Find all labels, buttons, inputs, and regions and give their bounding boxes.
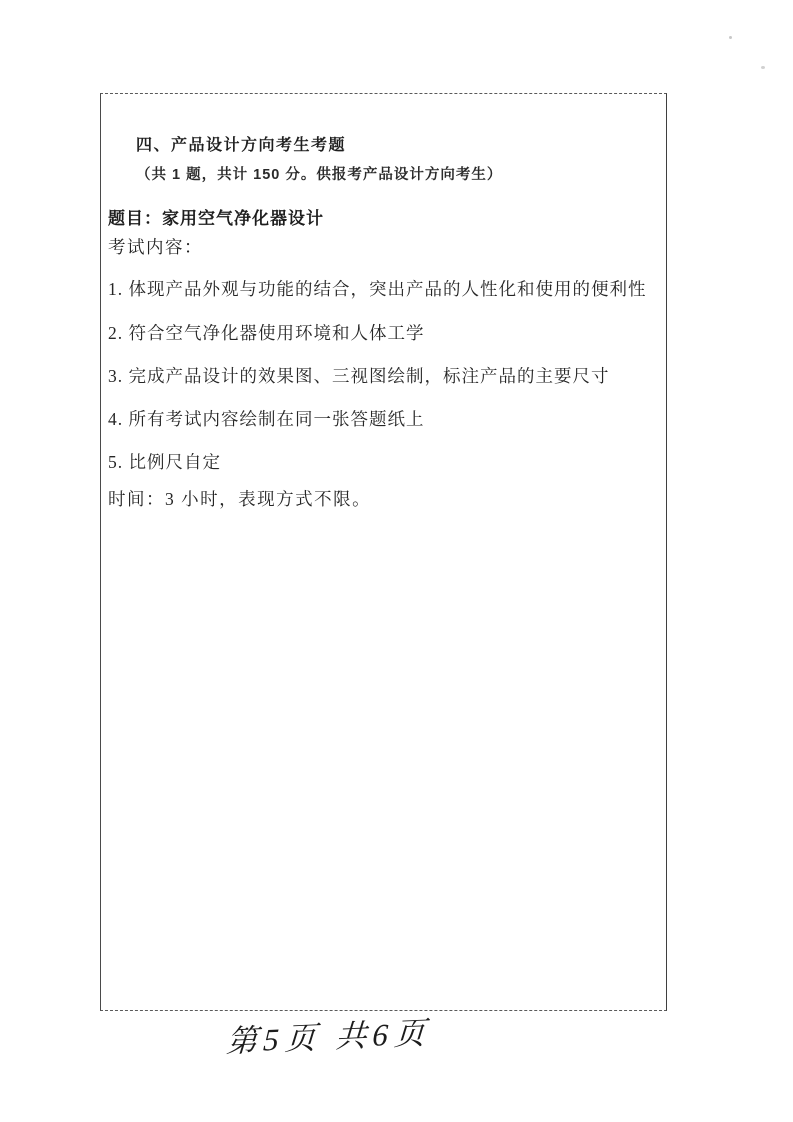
requirement-item-1: 1. 体现产品外观与功能的结合，突出产品的人性化和使用的便利性 bbox=[108, 276, 647, 301]
exam-topic: 题目：家用空气净化器设计 bbox=[108, 204, 324, 229]
content-label: 考试内容： bbox=[108, 234, 203, 259]
requirement-item-4: 4. 所有考试内容绘制在同一张答题纸上 bbox=[108, 406, 425, 431]
handwritten-page-number: 第5页 共6页 bbox=[225, 1007, 432, 1061]
requirement-item-2: 2. 符合空气净化器使用环境和人体工学 bbox=[108, 320, 425, 345]
question-box: 四、产品设计方向考生考题 （共 1 题，共计 150 分。供报考产品设计方向考生… bbox=[100, 93, 667, 1011]
requirement-item-3: 3. 完成产品设计的效果图、三视图绘制，标注产品的主要尺寸 bbox=[108, 363, 610, 388]
time-note: 时间：3 小时，表现方式不限。 bbox=[108, 486, 371, 511]
section-score-note: （共 1 题，共计 150 分。供报考产品设计方向考生） bbox=[136, 163, 502, 184]
scan-speck bbox=[729, 36, 732, 39]
scanned-exam-page: 四、产品设计方向考生考题 （共 1 题，共计 150 分。供报考产品设计方向考生… bbox=[0, 0, 793, 1122]
requirement-item-5: 5. 比例尺自定 bbox=[108, 449, 221, 474]
section-heading: 四、产品设计方向考生考题 bbox=[136, 132, 346, 155]
scan-speck bbox=[761, 66, 765, 69]
